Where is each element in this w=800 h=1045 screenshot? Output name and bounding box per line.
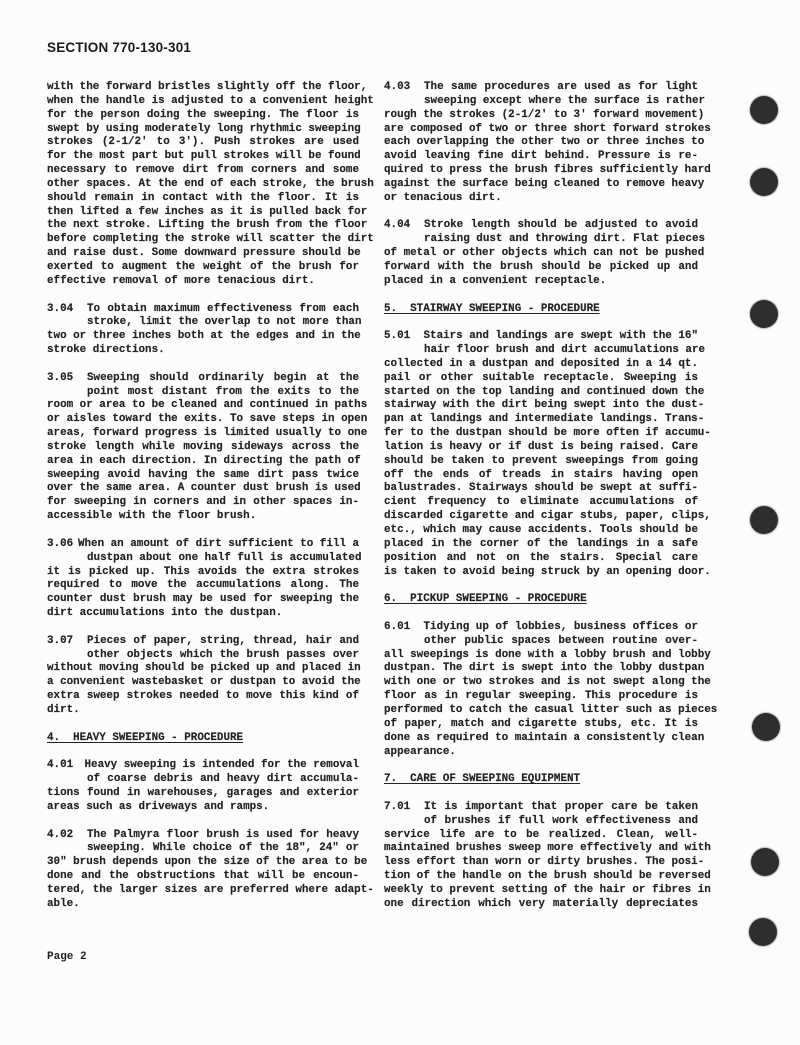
- text-line-body: Stairs and landings are swept with the 1…: [424, 330, 699, 344]
- paragraph-number: 4.03: [384, 81, 424, 95]
- text-line: 4.02The Palmyra floor brush is used for …: [47, 829, 359, 843]
- document-page: SECTION 770-130-301 with the forward bri…: [0, 0, 800, 1045]
- paragraph-number: 6.01: [384, 621, 424, 635]
- text-line: done and the obstructions that will be e…: [47, 870, 359, 884]
- text-line: tered, the larger sizes are preferred wh…: [47, 884, 359, 898]
- text-line: each overlapping the other two or three …: [384, 136, 698, 150]
- punch-hole-icon: [752, 713, 780, 741]
- text-line: areas, forward progress is limited usual…: [47, 427, 359, 441]
- text-line: quired to press the brush fibres suffici…: [384, 164, 698, 178]
- text-line: forward with the brush should be picked …: [384, 261, 698, 275]
- text-line: started on the top landing and continued…: [384, 386, 698, 400]
- text-line: avoid leaving fine dirt behind. Pressure…: [384, 150, 698, 164]
- paragraph-3-04: 3.04To obtain maximum effectiveness from…: [47, 303, 359, 358]
- text-line: pan at landings and intermediate landing…: [384, 413, 698, 427]
- text-line: area in each direction. In directing the…: [47, 455, 359, 469]
- text-line: areas such as driveways and ramps.: [47, 801, 359, 815]
- text-line: accessible with the floor brush.: [47, 510, 359, 524]
- text-line: 4.04Stroke length should be adjusted to …: [384, 219, 698, 233]
- text-line: it is picked up. This avoids the extra s…: [47, 566, 359, 580]
- text-line: is taken to avoid being struck by an ope…: [384, 566, 698, 580]
- text-line: 3.07Pieces of paper, string, thread, hai…: [47, 635, 359, 649]
- text-line: placed in the corner of the landings in …: [384, 538, 698, 552]
- punch-hole-icon: [750, 96, 778, 124]
- text-line: stairway with the dirt being swept into …: [384, 399, 698, 413]
- text-line: when the handle is adjusted to a conveni…: [47, 95, 359, 109]
- paragraph-4-01: 4.01Heavy sweeping is intended for the r…: [47, 759, 359, 814]
- text-line: dustpan about one half full is accumulat…: [47, 552, 359, 566]
- text-line: all sweepings is done with a lobby brush…: [384, 649, 698, 663]
- text-line: and raise dust. Some downward pressure s…: [47, 247, 359, 261]
- text-line: or tenacious dirt.: [384, 192, 698, 206]
- text-line: other objects which the brush passes ove…: [47, 649, 359, 663]
- paragraph-number: 7.01: [384, 801, 424, 815]
- text-line: lation is heavy or if dust is being rais…: [384, 441, 698, 455]
- text-line: other public spaces between routine over…: [384, 635, 698, 649]
- text-line: 6.01Tidying up of lobbies, business offi…: [384, 621, 698, 635]
- left-text-column: with the forward bristles slightly off t…: [47, 81, 359, 925]
- text-line: placed in a convenient receptacle.: [384, 275, 698, 289]
- paragraph-3-05: 3.05Sweeping should ordinarily begin at …: [47, 372, 359, 524]
- paragraph-number: 3.07: [47, 635, 87, 649]
- text-line: sweeping except where the surface is rat…: [384, 95, 698, 109]
- text-line: sweeping avoid having the same dirt pass…: [47, 469, 359, 483]
- paragraph-number: 3.06: [47, 538, 78, 552]
- text-line: able.: [47, 898, 359, 912]
- paragraph-7-01: 7.01It is important that proper care be …: [384, 801, 698, 912]
- text-line: sweeping. While choice of the 18", 24" o…: [47, 842, 359, 856]
- text-line: should be taken to prevent sweepings fro…: [384, 455, 698, 469]
- text-line: dirt accumulations into the dustpan.: [47, 607, 359, 621]
- text-line: for the most part but pull strokes will …: [47, 150, 359, 164]
- paragraph-3-06: 3.06When an amount of dirt sufficient to…: [47, 538, 359, 621]
- text-line: effective removal of more tenacious dirt…: [47, 275, 359, 289]
- text-line: with one or two strokes and is not swept…: [384, 676, 698, 690]
- text-line: one direction which very materially depr…: [384, 898, 698, 912]
- punch-hole-icon: [749, 918, 777, 946]
- text-line: rough the strokes (2-1/2' to 3' forward …: [384, 109, 698, 123]
- text-line: discarded cigarette and cigar stubs, pap…: [384, 510, 698, 524]
- punch-hole-icon: [751, 848, 779, 876]
- text-line: extra sweep strokes needed to move this …: [47, 690, 359, 704]
- paragraph-5-01: 5.01Stairs and landings are swept with t…: [384, 330, 698, 579]
- section-heading: 6. PICKUP SWEEPING - PROCEDURE: [384, 593, 698, 607]
- text-line: stroke, limit the overlap to not more th…: [47, 316, 359, 330]
- text-line: strokes (2-1/2' to 3'). Push strokes are…: [47, 136, 359, 150]
- text-line: fer to the dustpan should be more often …: [384, 427, 698, 441]
- paragraph-number: 3.05: [47, 372, 87, 386]
- text-line: position and not on the stairs. Special …: [384, 552, 698, 566]
- text-line: of brushes if full work effectiveness an…: [384, 815, 698, 829]
- text-line: tions found in warehouses, garages and e…: [47, 787, 359, 801]
- text-line: weekly to prevent setting of the hair or…: [384, 884, 698, 898]
- text-line: 3.04To obtain maximum effectiveness from…: [47, 303, 359, 317]
- text-line: other spaces. At the end of each stroke,…: [47, 178, 359, 192]
- section-number-header: SECTION 770-130-301: [47, 40, 191, 55]
- text-line: off the ends of treads in stairs having …: [384, 469, 698, 483]
- text-line-body: Tidying up of lobbies, business offices …: [424, 621, 699, 635]
- text-line: of paper, match and cigarette stubs, etc…: [384, 718, 698, 732]
- text-line: dirt.: [47, 704, 359, 718]
- text-line: or aisles toward the exits. To save step…: [47, 413, 359, 427]
- text-line: over the same area. A counter dust brush…: [47, 482, 359, 496]
- text-line-body: Sweeping should ordinarily begin at the: [87, 372, 359, 386]
- paragraph-number: 5.01: [384, 330, 424, 344]
- text-line: etc., which may cause accidents. Tools s…: [384, 524, 698, 538]
- text-line: of coarse debris and heavy dirt accumula…: [47, 773, 359, 787]
- text-line: 3.05Sweeping should ordinarily begin at …: [47, 372, 359, 386]
- text-line-body: To obtain maximum effectiveness from eac…: [87, 303, 359, 317]
- section-heading: 5. STAIRWAY SWEEPING - PROCEDURE: [384, 303, 698, 317]
- text-line: maintained brushes sweep more effectivel…: [384, 842, 698, 856]
- text-line: 4.03The same procedures are used as for …: [384, 81, 698, 95]
- text-line: are composed of two or three short forwa…: [384, 123, 698, 137]
- text-line: counter dust brush may be used for sweep…: [47, 593, 359, 607]
- text-line: stroke length while moving sideways acro…: [47, 441, 359, 455]
- text-line: balustrades. Stairways should be swept a…: [384, 482, 698, 496]
- text-line-body: Stroke length should be adjusted to avoi…: [424, 219, 698, 233]
- text-line: service life are to be realized. Clean, …: [384, 829, 698, 843]
- text-line: 5.01Stairs and landings are swept with t…: [384, 330, 698, 344]
- text-line-body: The Palmyra floor brush is used for heav…: [87, 829, 359, 843]
- text-line: floor as in regular sweeping. This proce…: [384, 690, 698, 704]
- text-line: room or area to be cleaned and continued…: [47, 399, 359, 413]
- text-line: stroke directions.: [47, 344, 359, 358]
- text-line: raising dust and throwing dirt. Flat pie…: [384, 233, 698, 247]
- text-line: required to move the accumulations along…: [47, 579, 359, 593]
- page-number: Page 2: [47, 951, 87, 963]
- text-line-body: Pieces of paper, string, thread, hair an…: [87, 635, 359, 649]
- text-line-body: The same procedures are used as for ligh…: [424, 81, 698, 95]
- text-line-body: When an amount of dirt sufficient to fil…: [78, 538, 359, 552]
- paragraph-continued: with the forward bristles slightly off t…: [47, 81, 359, 289]
- section-heading: 7. CARE OF SWEEPING EQUIPMENT: [384, 773, 698, 787]
- text-line: of metal or other objects which can not …: [384, 247, 698, 261]
- paragraph-number: 3.04: [47, 303, 87, 317]
- paragraph-4-04: 4.04Stroke length should be adjusted to …: [384, 219, 698, 288]
- text-line: two or three inches both at the edges an…: [47, 330, 359, 344]
- text-line: before completing the stroke will scatte…: [47, 233, 359, 247]
- text-line-body: Heavy sweeping is intended for the remov…: [85, 759, 360, 773]
- paragraph-number: 4.02: [47, 829, 87, 843]
- paragraph-number: 4.04: [384, 219, 424, 233]
- text-line: 30" brush depends upon the size of the a…: [47, 856, 359, 870]
- punch-hole-icon: [750, 168, 778, 196]
- punch-hole-icon: [750, 300, 778, 328]
- text-line: the next stroke. Lifting the brush from …: [47, 219, 359, 233]
- text-line: performed to catch the casual litter suc…: [384, 704, 698, 718]
- text-line: without moving should be picked up and p…: [47, 662, 359, 676]
- text-line: should remain in contact with the floor.…: [47, 192, 359, 206]
- paragraph-3-07: 3.07Pieces of paper, string, thread, hai…: [47, 635, 359, 718]
- text-line: done as required to maintain a consisten…: [384, 732, 698, 746]
- paragraph-6-01: 6.01Tidying up of lobbies, business offi…: [384, 621, 698, 759]
- text-line: point most distant from the exits to the: [47, 386, 359, 400]
- text-line: pail or other suitable receptacle. Sweep…: [384, 372, 698, 386]
- text-line: a convenient wastebasket or dustpan to a…: [47, 676, 359, 690]
- text-line: dustpan. The dirt is swept into the lobb…: [384, 662, 698, 676]
- text-line: less effort than worn or dirty brushes. …: [384, 856, 698, 870]
- section-heading: 4. HEAVY SWEEPING - PROCEDURE: [47, 732, 359, 746]
- text-line: against the surface being cleaned to rem…: [384, 178, 698, 192]
- text-line: appearance.: [384, 746, 698, 760]
- text-line-body: It is important that proper care be take…: [424, 801, 698, 815]
- paragraph-number: 4.01: [47, 759, 85, 773]
- text-line: 4.01Heavy sweeping is intended for the r…: [47, 759, 359, 773]
- text-line: then lifted a few inches as it is pulled…: [47, 206, 359, 220]
- text-line: hair floor brush and dirt accumulations …: [384, 344, 698, 358]
- text-line: for sweeping in corners and in other spa…: [47, 496, 359, 510]
- text-line: tion of the handle on the brush should b…: [384, 870, 698, 884]
- text-line: 3.06When an amount of dirt sufficient to…: [47, 538, 359, 552]
- text-line: exerted to augment the weight of the bru…: [47, 261, 359, 275]
- text-line: cient frequency to eliminate accumulatio…: [384, 496, 698, 510]
- text-line: for the person doing the sweeping. The f…: [47, 109, 359, 123]
- punch-hole-icon: [750, 506, 778, 534]
- paragraph-4-03: 4.03The same procedures are used as for …: [384, 81, 698, 206]
- paragraph-4-02: 4.02The Palmyra floor brush is used for …: [47, 829, 359, 912]
- text-line: with the forward bristles slightly off t…: [47, 81, 359, 95]
- text-line: swept by using moderately long rhythmic …: [47, 123, 359, 137]
- right-text-column: 4.03The same procedures are used as for …: [384, 81, 698, 925]
- text-line: necessary to remove dirt from corners an…: [47, 164, 359, 178]
- text-line: 7.01It is important that proper care be …: [384, 801, 698, 815]
- text-line: collected in a dustpan and deposited in …: [384, 358, 698, 372]
